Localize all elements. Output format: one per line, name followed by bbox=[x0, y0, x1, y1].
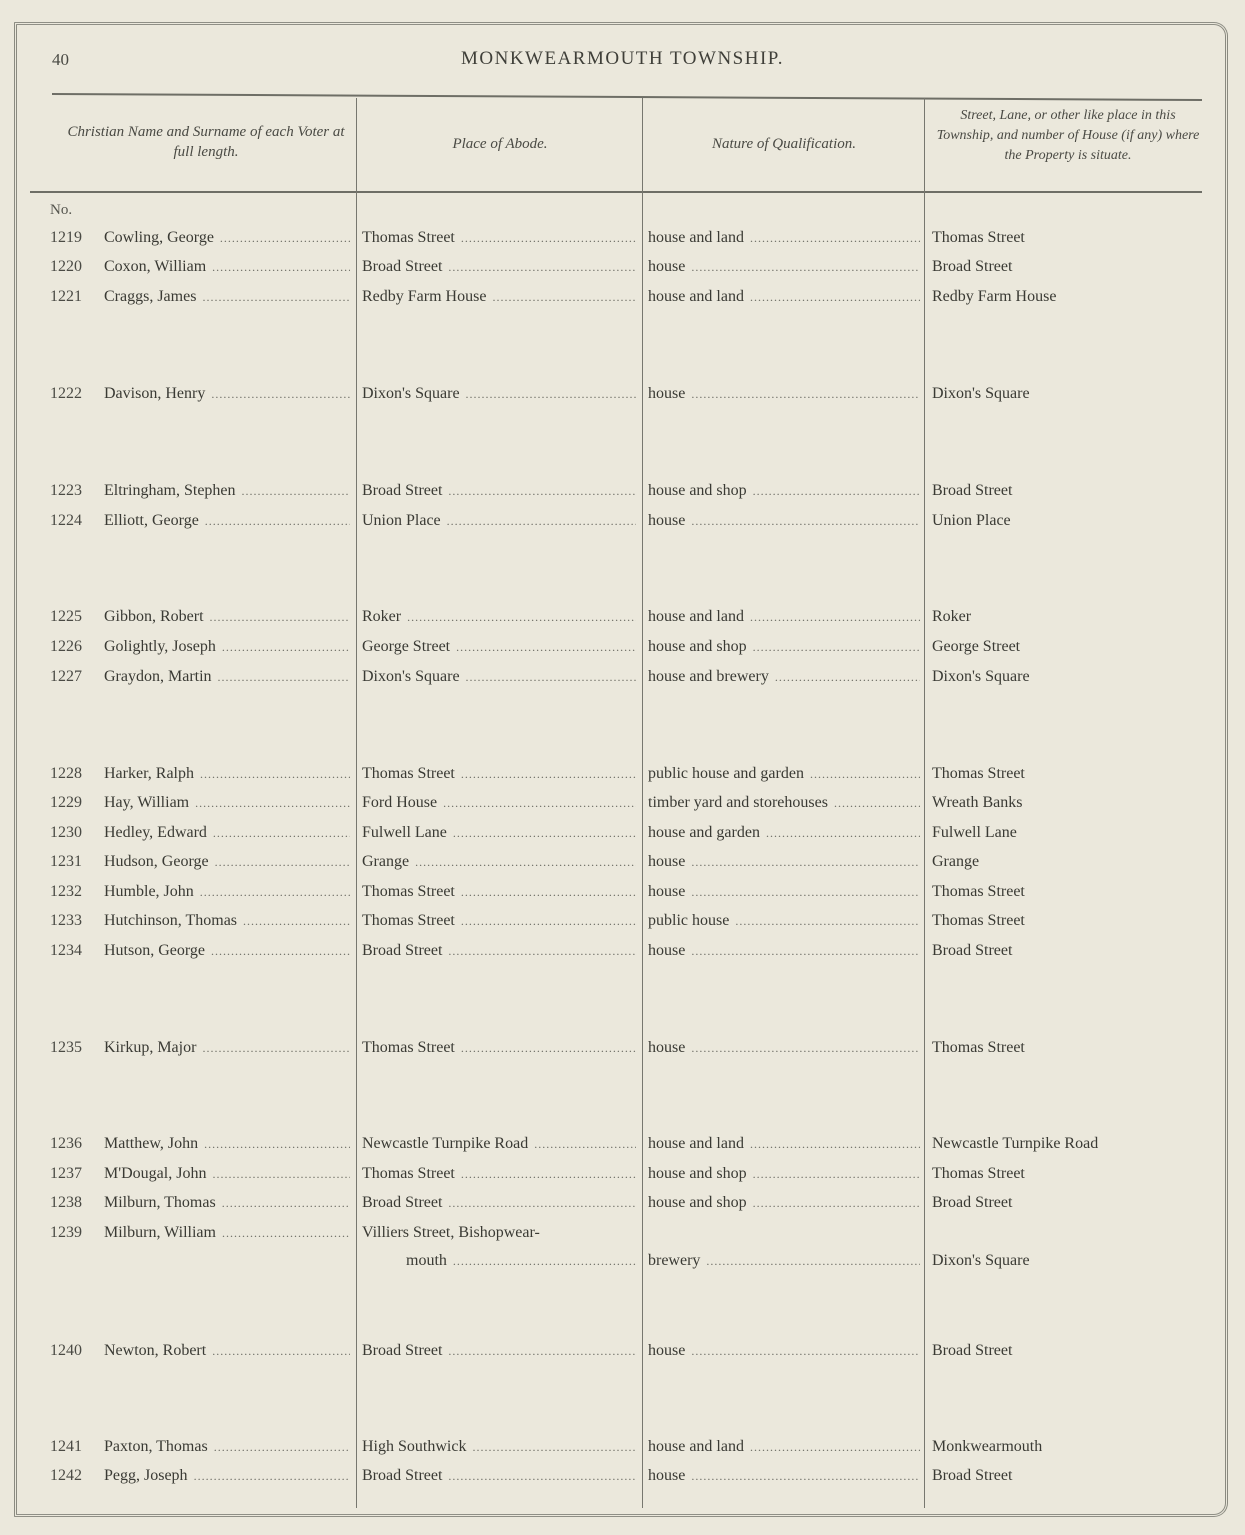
place-of-abode: Dixon's Square bbox=[362, 668, 636, 686]
voter-name-text: Davison, Henry bbox=[104, 385, 205, 403]
table-row: 1232Humble, JohnThomas StreethouseThomas… bbox=[0, 883, 1245, 911]
dot-leader bbox=[448, 484, 636, 499]
nature-of-qualification: house bbox=[648, 1342, 920, 1360]
dot-leader bbox=[461, 885, 636, 900]
nature-of-qualification: house and shop bbox=[648, 1194, 920, 1212]
voter-number-text: 1219 bbox=[50, 229, 82, 247]
dot-leader bbox=[204, 1137, 350, 1152]
voter-number: 1221 bbox=[50, 288, 102, 306]
table-row: 1225Gibbon, RobertRokerhouse and landRok… bbox=[0, 608, 1245, 636]
voter-number: 1241 bbox=[50, 1438, 102, 1456]
voter-name: Hedley, Edward bbox=[104, 824, 350, 842]
voter-name: Coxon, William bbox=[104, 258, 350, 276]
dot-leader bbox=[200, 885, 350, 900]
place-of-abode: Grange bbox=[362, 853, 636, 871]
dot-leader bbox=[691, 260, 920, 275]
nature-of-qualification-text: house bbox=[648, 385, 685, 403]
nature-of-qualification: house bbox=[648, 942, 920, 960]
dot-leader bbox=[466, 387, 636, 402]
place-of-abode: Thomas Street bbox=[362, 883, 636, 901]
voter-name-text: Hedley, Edward bbox=[104, 824, 207, 842]
voter-name: Hudson, George bbox=[104, 853, 350, 871]
nature-of-qualification: house bbox=[648, 1039, 920, 1057]
voter-number: 1229 bbox=[50, 794, 102, 812]
dot-leader bbox=[691, 944, 920, 959]
table-row: 1237M'Dougal, JohnThomas Streethouse and… bbox=[0, 1165, 1245, 1193]
nature-of-qualification-text: house and land bbox=[648, 229, 744, 247]
voter-number: 1223 bbox=[50, 482, 102, 500]
property-street-text: Broad Street bbox=[932, 258, 1012, 276]
dot-leader bbox=[753, 1196, 920, 1211]
dot-leader bbox=[753, 640, 920, 655]
property-street-text: Thomas Street bbox=[932, 1165, 1025, 1183]
dot-leader bbox=[443, 796, 636, 811]
voter-name: Hutson, George bbox=[104, 942, 350, 960]
nature-of-qualification-text: house and shop bbox=[648, 638, 747, 656]
voter-name-text: Hutson, George bbox=[104, 942, 205, 960]
voter-name: Humble, John bbox=[104, 883, 350, 901]
nature-of-qualification-text: house and land bbox=[648, 288, 744, 306]
dot-leader bbox=[210, 610, 350, 625]
voter-number: 1234 bbox=[50, 942, 102, 960]
voter-number: 1231 bbox=[50, 853, 102, 871]
place-of-abode-text: Thomas Street bbox=[362, 229, 455, 247]
header-bottom-rule bbox=[30, 191, 1202, 193]
dot-leader bbox=[534, 1137, 636, 1152]
property-street-text: Thomas Street bbox=[932, 912, 1025, 930]
table-row: 1228Harker, RalphThomas Streetpublic hou… bbox=[0, 765, 1245, 793]
table-row: 1223Eltringham, StephenBroad Streethouse… bbox=[0, 482, 1245, 510]
voter-name: Golightly, Joseph bbox=[104, 638, 350, 656]
voter-number: 1238 bbox=[50, 1194, 102, 1212]
voter-number: 1230 bbox=[50, 824, 102, 842]
table-row: 1233Hutchinson, ThomasThomas Streetpubli… bbox=[0, 912, 1245, 940]
voter-number: 1236 bbox=[50, 1135, 102, 1153]
voter-name-text: Hutchinson, Thomas bbox=[104, 912, 237, 930]
voter-name: Elliott, George bbox=[104, 512, 350, 530]
voter-name: Milburn, Thomas bbox=[104, 1194, 350, 1212]
dot-leader bbox=[447, 514, 636, 529]
dot-leader bbox=[750, 1440, 920, 1455]
property-street-text: Broad Street bbox=[932, 1342, 1012, 1360]
place-of-abode-text: Thomas Street bbox=[362, 765, 455, 783]
property-street-text: Broad Street bbox=[932, 942, 1012, 960]
voter-name-text: M'Dougal, John bbox=[104, 1165, 206, 1183]
property-street: Broad Street bbox=[932, 1467, 1202, 1485]
dot-leader bbox=[218, 670, 350, 685]
place-of-abode: Broad Street bbox=[362, 1194, 636, 1212]
property-street-text: Thomas Street bbox=[932, 1039, 1025, 1057]
voter-number-text: 1235 bbox=[50, 1039, 82, 1057]
property-street-text: Dixon's Square bbox=[932, 668, 1030, 686]
nature-of-qualification-text: house and shop bbox=[648, 482, 747, 500]
nature-of-qualification: house and garden bbox=[648, 824, 920, 842]
table-row: 1229Hay, WilliamFord Housetimber yard an… bbox=[0, 794, 1245, 822]
voter-name: Newton, Robert bbox=[104, 1342, 350, 1360]
property-street: Thomas Street bbox=[932, 229, 1202, 247]
header-name: Christian Name and Surname of each Voter… bbox=[58, 122, 354, 162]
table-row: 1235Kirkup, MajorThomas StreethouseThoma… bbox=[0, 1039, 1245, 1067]
voter-name-text: Paxton, Thomas bbox=[104, 1438, 208, 1456]
voter-name-text: Milburn, Thomas bbox=[104, 1194, 216, 1212]
property-street: Newcastle Turnpike Road bbox=[932, 1135, 1202, 1153]
property-street-text: Monkwearmouth bbox=[932, 1438, 1042, 1456]
voter-number-text: 1230 bbox=[50, 824, 82, 842]
property-street: Broad Street bbox=[932, 1194, 1202, 1212]
dot-leader bbox=[461, 914, 636, 929]
dot-leader bbox=[212, 1344, 350, 1359]
dot-leader bbox=[212, 260, 350, 275]
property-street-text: Fulwell Lane bbox=[932, 824, 1017, 842]
place-of-abode: Thomas Street bbox=[362, 912, 636, 930]
voter-number: 1228 bbox=[50, 765, 102, 783]
property-street-text: Wreath Banks bbox=[932, 794, 1022, 812]
voter-number: 1235 bbox=[50, 1039, 102, 1057]
dot-leader bbox=[243, 914, 350, 929]
nature-of-qualification: house and shop bbox=[648, 638, 920, 656]
nature-of-qualification-text: public house bbox=[648, 912, 729, 930]
nature-of-qualification: house bbox=[648, 258, 920, 276]
voter-number-text: 1225 bbox=[50, 608, 82, 626]
nature-of-qualification-text: house bbox=[648, 258, 685, 276]
voter-name: Craggs, James bbox=[104, 288, 350, 306]
voter-name-text: Newton, Robert bbox=[104, 1342, 206, 1360]
property-street-text: Broad Street bbox=[932, 482, 1012, 500]
voter-number-text: 1242 bbox=[50, 1467, 82, 1485]
voter-name-text: Cowling, George bbox=[104, 229, 214, 247]
voter-name-text: Harker, Ralph bbox=[104, 765, 194, 783]
dot-leader bbox=[691, 514, 920, 529]
place-of-abode: Thomas Street bbox=[362, 229, 636, 247]
table-row: 1227Graydon, MartinDixon's Squarehouse a… bbox=[0, 668, 1245, 696]
dot-leader bbox=[461, 1041, 636, 1056]
table-row: 1231Hudson, GeorgeGrangehouseGrange bbox=[0, 853, 1245, 881]
voter-name-text: Eltringham, Stephen bbox=[104, 482, 236, 500]
place-of-abode-text: Thomas Street bbox=[362, 1039, 455, 1057]
table-row: 1234Hutson, GeorgeBroad StreethouseBroad… bbox=[0, 942, 1245, 970]
voter-name: M'Dougal, John bbox=[104, 1165, 350, 1183]
place-of-abode-text: Broad Street bbox=[362, 942, 442, 960]
dot-leader bbox=[750, 1137, 920, 1152]
nature-of-qualification-text: house and brewery bbox=[648, 668, 769, 686]
property-street: Broad Street bbox=[932, 482, 1202, 500]
voter-name-text: Hay, William bbox=[104, 794, 189, 812]
page-title: MONKWEARMOUTH TOWNSHIP. bbox=[0, 48, 1245, 70]
property-street-text: Dixon's Square bbox=[932, 385, 1030, 403]
voter-number-text: 1228 bbox=[50, 765, 82, 783]
dot-leader bbox=[810, 767, 920, 782]
voter-name: Milburn, William bbox=[104, 1224, 350, 1242]
dot-leader bbox=[205, 514, 350, 529]
dot-leader bbox=[691, 387, 920, 402]
dot-leader bbox=[691, 1041, 920, 1056]
nature-of-qualification: house and brewery bbox=[648, 668, 920, 686]
nature-of-qualification: public house and garden bbox=[648, 765, 920, 783]
place-of-abode-text: High Southwick bbox=[362, 1438, 466, 1456]
voter-name: Davison, Henry bbox=[104, 385, 350, 403]
nature-of-qualification-text: house and garden bbox=[648, 824, 760, 842]
nature-of-qualification-text: house bbox=[648, 1467, 685, 1485]
nature-of-qualification-text: house bbox=[648, 512, 685, 530]
voter-number: 1222 bbox=[50, 385, 102, 403]
dot-leader bbox=[453, 1254, 636, 1269]
table-row: 1219Cowling, GeorgeThomas Streethouse an… bbox=[0, 229, 1245, 257]
nature-of-qualification-text: house and shop bbox=[648, 1165, 747, 1183]
dot-leader bbox=[691, 1344, 920, 1359]
voter-number-text: 1226 bbox=[50, 638, 82, 656]
nature-of-qualification-text: house bbox=[648, 942, 685, 960]
table-row: 1221Craggs, JamesRedby Farm Househouse a… bbox=[0, 288, 1245, 316]
voter-number: 1225 bbox=[50, 608, 102, 626]
nature-of-qualification: timber yard and storehouses bbox=[648, 794, 920, 812]
voter-number: 1219 bbox=[50, 229, 102, 247]
place-of-abode-text: Broad Street bbox=[362, 1342, 442, 1360]
voter-number-text: 1240 bbox=[50, 1342, 82, 1360]
property-street: Dixon's Square bbox=[932, 385, 1202, 403]
nature-of-qualification-text: public house and garden bbox=[648, 765, 804, 783]
voter-number: 1240 bbox=[50, 1342, 102, 1360]
header-qualification: Nature of Qualification. bbox=[646, 134, 922, 154]
voter-name-text: Golightly, Joseph bbox=[104, 638, 216, 656]
voter-name: Kirkup, Major bbox=[104, 1039, 350, 1057]
property-street-text: Union Place bbox=[932, 512, 1011, 530]
property-street: Thomas Street bbox=[932, 883, 1202, 901]
place-of-abode-text: Dixon's Square bbox=[362, 668, 460, 686]
voter-number-text: 1239 bbox=[50, 1224, 82, 1242]
place-of-abode: Union Place bbox=[362, 512, 636, 530]
voter-name-text: Craggs, James bbox=[104, 288, 196, 306]
place-of-abode: Thomas Street bbox=[362, 765, 636, 783]
dot-leader bbox=[750, 231, 920, 246]
voter-number-text: 1227 bbox=[50, 668, 82, 686]
property-street: Broad Street bbox=[932, 258, 1202, 276]
voter-number-text: 1231 bbox=[50, 853, 82, 871]
voter-number: 1226 bbox=[50, 638, 102, 656]
nature-of-qualification: house and land bbox=[648, 1438, 920, 1456]
voter-number: 1227 bbox=[50, 668, 102, 686]
place-of-abode-text: Thomas Street bbox=[362, 912, 455, 930]
place-of-abode: High Southwick bbox=[362, 1438, 636, 1456]
dot-leader bbox=[753, 1167, 920, 1182]
nature-of-qualification: brewery bbox=[648, 1252, 920, 1270]
dot-leader bbox=[834, 796, 920, 811]
place-of-abode: Roker bbox=[362, 608, 636, 626]
place-of-abode-text: Newcastle Turnpike Road bbox=[362, 1135, 528, 1153]
place-of-abode: Broad Street bbox=[362, 1467, 636, 1485]
nature-of-qualification: house bbox=[648, 883, 920, 901]
table-row: 1242Pegg, JosephBroad StreethouseBroad S… bbox=[0, 1467, 1245, 1495]
property-street-text: Grange bbox=[932, 853, 979, 871]
place-of-abode-continued: mouth bbox=[406, 1252, 636, 1270]
nature-of-qualification: house and land bbox=[648, 1135, 920, 1153]
voter-name: Harker, Ralph bbox=[104, 765, 350, 783]
dot-leader bbox=[461, 767, 636, 782]
voter-number: 1239 bbox=[50, 1224, 102, 1242]
place-of-abode: Redby Farm House bbox=[362, 288, 636, 306]
voter-number: 1242 bbox=[50, 1467, 102, 1485]
dot-leader bbox=[448, 1469, 636, 1484]
property-street-text: Thomas Street bbox=[932, 765, 1025, 783]
voter-number-text: 1220 bbox=[50, 258, 82, 276]
dot-leader bbox=[211, 387, 350, 402]
voter-number-text: 1236 bbox=[50, 1135, 82, 1153]
voter-name-text: Kirkup, Major bbox=[104, 1039, 196, 1057]
place-of-abode: Thomas Street bbox=[362, 1165, 636, 1183]
place-of-abode-text: Broad Street bbox=[362, 1467, 442, 1485]
place-of-abode-text: Thomas Street bbox=[362, 883, 455, 901]
property-street: Fulwell Lane bbox=[932, 824, 1202, 842]
place-of-abode: Broad Street bbox=[362, 482, 636, 500]
property-street-text: Thomas Street bbox=[932, 229, 1025, 247]
dot-leader bbox=[222, 640, 350, 655]
dot-leader bbox=[492, 290, 636, 305]
property-street: Dixon's Square bbox=[932, 1252, 1202, 1270]
table-row: 1220Coxon, WilliamBroad StreethouseBroad… bbox=[0, 258, 1245, 286]
dot-leader bbox=[456, 640, 636, 655]
property-street: Redby Farm House bbox=[932, 288, 1202, 306]
voter-number-text: 1232 bbox=[50, 883, 82, 901]
dot-leader bbox=[766, 826, 920, 841]
number-column-label: No. bbox=[50, 202, 72, 219]
place-of-abode-text: Redby Farm House bbox=[362, 288, 486, 306]
place-of-abode-text: Thomas Street bbox=[362, 1165, 455, 1183]
dot-leader bbox=[202, 290, 350, 305]
place-of-abode-text: Broad Street bbox=[362, 482, 442, 500]
dot-leader bbox=[448, 944, 636, 959]
property-street-text: Broad Street bbox=[932, 1194, 1012, 1212]
dot-leader bbox=[448, 1196, 636, 1211]
dot-leader bbox=[691, 1469, 920, 1484]
property-street: George Street bbox=[932, 638, 1202, 656]
place-of-abode-text: Grange bbox=[362, 853, 409, 871]
dot-leader bbox=[775, 670, 920, 685]
nature-of-qualification: house and shop bbox=[648, 1165, 920, 1183]
voter-number: 1233 bbox=[50, 912, 102, 930]
place-of-abode: Villiers Street, Bishopwear- bbox=[362, 1224, 636, 1242]
voter-name-text: Matthew, John bbox=[104, 1135, 198, 1153]
place-of-abode: George Street bbox=[362, 638, 636, 656]
dot-leader bbox=[202, 1041, 350, 1056]
nature-of-qualification-text: house bbox=[648, 883, 685, 901]
voter-name-text: Graydon, Martin bbox=[104, 668, 212, 686]
dot-leader bbox=[735, 914, 920, 929]
dot-leader bbox=[195, 796, 350, 811]
property-street-text: Dixon's Square bbox=[932, 1252, 1030, 1270]
dot-leader bbox=[407, 610, 636, 625]
place-of-abode-text: Broad Street bbox=[362, 1194, 442, 1212]
voter-name-text: Coxon, William bbox=[104, 258, 206, 276]
nature-of-qualification-text: house and shop bbox=[648, 1194, 747, 1212]
voter-name: Hay, William bbox=[104, 794, 350, 812]
voter-number-text: 1234 bbox=[50, 942, 82, 960]
property-street-text: Broad Street bbox=[932, 1467, 1012, 1485]
dot-leader bbox=[212, 1167, 350, 1182]
property-street: Grange bbox=[932, 853, 1202, 871]
dot-leader bbox=[448, 1344, 636, 1359]
place-of-abode-text: Roker bbox=[362, 608, 401, 626]
voter-number: 1232 bbox=[50, 883, 102, 901]
dot-leader bbox=[200, 767, 350, 782]
dot-leader bbox=[691, 885, 920, 900]
property-street-text: Newcastle Turnpike Road bbox=[932, 1135, 1098, 1153]
place-of-abode-text: Broad Street bbox=[362, 258, 442, 276]
property-street: Thomas Street bbox=[932, 765, 1202, 783]
property-street-text: Redby Farm House bbox=[932, 288, 1056, 306]
table-row: 1236Matthew, JohnNewcastle Turnpike Road… bbox=[0, 1135, 1245, 1163]
voter-number: 1237 bbox=[50, 1165, 102, 1183]
nature-of-qualification: house bbox=[648, 853, 920, 871]
voter-number-text: 1238 bbox=[50, 1194, 82, 1212]
voter-name: Graydon, Martin bbox=[104, 668, 350, 686]
dot-leader bbox=[750, 290, 920, 305]
property-street-text: George Street bbox=[932, 638, 1020, 656]
property-street: Thomas Street bbox=[932, 912, 1202, 930]
property-street: Wreath Banks bbox=[932, 794, 1202, 812]
place-of-abode-text: Ford House bbox=[362, 794, 437, 812]
nature-of-qualification: house and land bbox=[648, 229, 920, 247]
voter-name: Gibbon, Robert bbox=[104, 608, 350, 626]
nature-of-qualification-text: house and land bbox=[648, 1438, 744, 1456]
dot-leader bbox=[415, 855, 636, 870]
dot-leader bbox=[242, 484, 350, 499]
dot-leader bbox=[750, 610, 920, 625]
table-row: 1241Paxton, ThomasHigh Southwickhouse an… bbox=[0, 1438, 1245, 1466]
dot-leader bbox=[472, 1440, 636, 1455]
nature-of-qualification-text: house bbox=[648, 853, 685, 871]
nature-of-qualification: house bbox=[648, 385, 920, 403]
place-of-abode: Thomas Street bbox=[362, 1039, 636, 1057]
voter-name-text: Pegg, Joseph bbox=[104, 1467, 188, 1485]
voter-name-text: Hudson, George bbox=[104, 853, 209, 871]
dot-leader bbox=[214, 1440, 350, 1455]
property-street-text: Thomas Street bbox=[932, 883, 1025, 901]
property-street: Broad Street bbox=[932, 942, 1202, 960]
table-row: 1230Hedley, EdwardFulwell Lanehouse and … bbox=[0, 824, 1245, 852]
nature-of-qualification-text: house bbox=[648, 1342, 685, 1360]
table-row: 1226Golightly, JosephGeorge Streethouse … bbox=[0, 638, 1245, 666]
table-row: 1238Milburn, ThomasBroad Streethouse and… bbox=[0, 1194, 1245, 1222]
place-of-abode: Dixon's Square bbox=[362, 385, 636, 403]
nature-of-qualification-text: house and land bbox=[648, 608, 744, 626]
voter-number-text: 1224 bbox=[50, 512, 82, 530]
dot-leader bbox=[461, 231, 636, 246]
dot-leader bbox=[215, 855, 350, 870]
dot-leader bbox=[461, 1167, 636, 1182]
property-street: Thomas Street bbox=[932, 1165, 1202, 1183]
nature-of-qualification: house and land bbox=[648, 608, 920, 626]
table-row: 1240Newton, RobertBroad StreethouseBroad… bbox=[0, 1342, 1245, 1370]
place-of-abode-text: Union Place bbox=[362, 512, 441, 530]
place-of-abode: Ford House bbox=[362, 794, 636, 812]
nature-of-qualification-text: brewery bbox=[648, 1252, 700, 1270]
dot-leader bbox=[213, 826, 350, 841]
voter-number-text: 1221 bbox=[50, 288, 82, 306]
place-of-abode: Broad Street bbox=[362, 1342, 636, 1360]
nature-of-qualification: public house bbox=[648, 912, 920, 930]
property-street: Roker bbox=[932, 608, 1202, 626]
nature-of-qualification: house bbox=[648, 1467, 920, 1485]
dot-leader bbox=[691, 855, 920, 870]
dot-leader bbox=[211, 944, 350, 959]
property-street: Union Place bbox=[932, 512, 1202, 530]
dot-leader bbox=[466, 670, 636, 685]
header-street: Street, Lane, or other like place in thi… bbox=[932, 106, 1204, 166]
voter-number-text: 1223 bbox=[50, 482, 82, 500]
nature-of-qualification: house and land bbox=[648, 288, 920, 306]
place-of-abode: Fulwell Lane bbox=[362, 824, 636, 842]
place-of-abode-text: Fulwell Lane bbox=[362, 824, 447, 842]
dot-leader bbox=[222, 1196, 350, 1211]
